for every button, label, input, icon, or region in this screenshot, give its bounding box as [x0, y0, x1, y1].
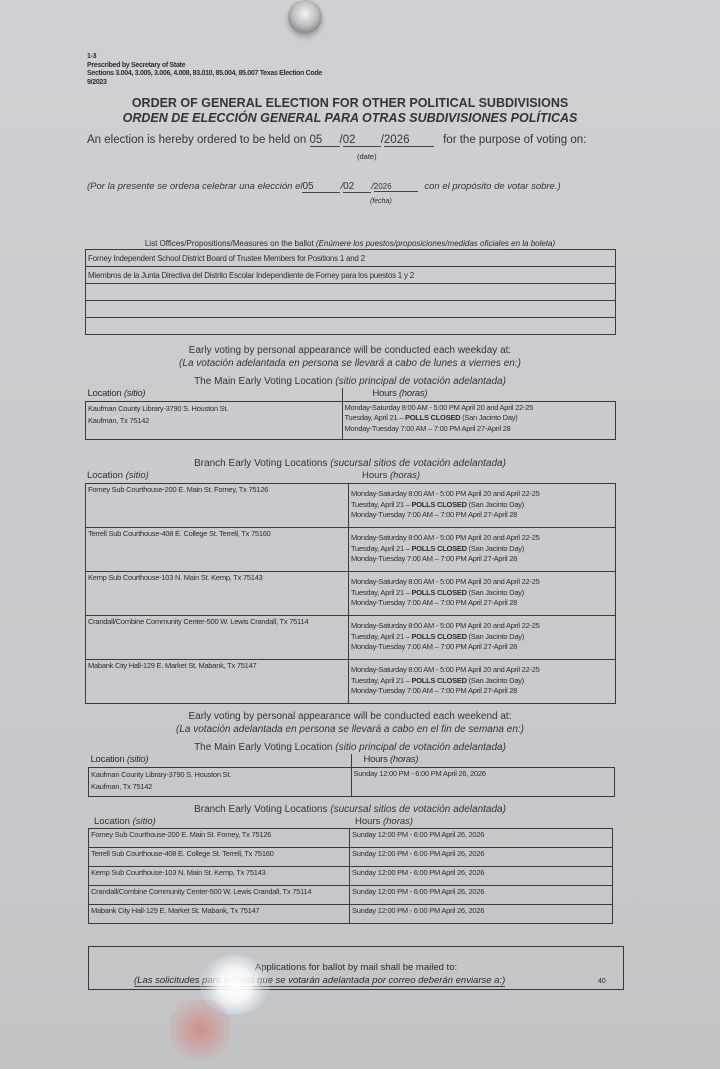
branch-hours: Monday-Saturday 8:00 AM - 5:00 PM April … [349, 660, 616, 704]
hours-line: Tuesday, April 21 – POLLS CLOSED (San Ja… [351, 676, 613, 687]
ballot-caption-es: (Enúmere los puestos/proposiciones/medid… [316, 239, 555, 248]
weekend-main-title-es: (sitio principal de votación adelantada) [335, 742, 506, 753]
ballot-item [86, 284, 616, 301]
weekend-location-header: Location (sitio) [89, 754, 352, 767]
mail-application-es: (Las solicitudes para boletas que se vot… [134, 975, 505, 987]
ballot-caption-en: List Offices/Propositions/Measures on th… [145, 239, 314, 248]
weekday-main-hours: Monday-Saturday 8:00 AM - 5:00 PM April … [342, 401, 616, 439]
hours-line: Monday-Saturday 8:00 AM - 5:00 PM April … [351, 533, 613, 544]
hours-line: Monday-Saturday 8:00 AM - 5:00 PM April … [351, 665, 613, 676]
form-metadata: 1-3 Prescribed by Secretary of State Sec… [87, 53, 322, 87]
hours-line: Monday-Saturday 8:00 AM - 5:00 PM April … [345, 403, 614, 414]
weekday-branch-hours-header: Hours (horas) [362, 470, 420, 481]
weekend-branch-row: Crandall/Combine Community Center-500 W.… [89, 886, 613, 905]
weekday-branch-title-en: Branch Early Voting Locations [194, 458, 327, 469]
weekend-branch-location: Kemp Sub Courthouse-103 N. Main St. Kemp… [89, 867, 350, 886]
hours-line: Monday-Saturday 8:00 AM - 5:00 PM April … [351, 621, 613, 632]
hours-line: Tuesday, April 21 – POLLS CLOSED (San Ja… [345, 413, 614, 424]
ballot-item [86, 318, 616, 335]
weekday-main-table: Location (sitio) Hours (horas) Kaufman C… [85, 388, 616, 440]
title-english: ORDER OF GENERAL ELECTION FOR OTHER POLI… [85, 96, 615, 110]
weekend-branch-location: Terrell Sub Courthouse-408 E. College St… [89, 848, 350, 867]
ballot-item [86, 301, 616, 318]
weekend-main-location: Kaufman County Library-3790 S. Houston S… [89, 767, 352, 796]
weekday-branch-title: Branch Early Voting Locations (sucursal … [85, 458, 615, 469]
branch-row: Kemp Sub Courthouse-103 N. Main St. Kemp… [86, 572, 616, 616]
ballot-item: Forney Independent School District Board… [86, 250, 616, 267]
weekend-branch-hours: Sunday 12:00 PM - 6:00 PM April 26, 2026 [350, 829, 613, 848]
form-prescribed: Prescribed by Secretary of State [87, 62, 322, 71]
hours-line: Monday-Tuesday 7:00 AM – 7:00 PM April 2… [351, 598, 613, 609]
weekday-main-title-en: The Main Early Voting Location [194, 376, 332, 387]
order-es-prefix: (Por la presente se ordena celebrar una … [87, 181, 302, 192]
hours-line: Tuesday, April 21 – POLLS CLOSED (San Ja… [351, 500, 613, 511]
location-header: Location (sitio) [86, 388, 343, 401]
weekend-main-title-en: The Main Early Voting Location [194, 742, 332, 753]
weekend-branch-title: Branch Early Voting Locations (sucursal … [85, 804, 615, 815]
branch-row: Forney Sub Courthouse-200 E. Main St. Fo… [86, 484, 616, 528]
weekday-main-title: The Main Early Voting Location (sitio pr… [85, 376, 615, 387]
weekday-main-title-es: (sitio principal de votación adelantada) [335, 376, 506, 387]
branch-location: Forney Sub Courthouse-200 E. Main St. Fo… [86, 484, 349, 528]
hours-line: Tuesday, April 21 – POLLS CLOSED (San Ja… [351, 632, 613, 643]
hours-line: Tuesday, April 21 – POLLS CLOSED (San Ja… [351, 544, 613, 555]
order-es-month: 05 [302, 181, 340, 193]
weekday-branch-title-es: (sucursal sitios de votación adelantada) [330, 458, 506, 469]
ballot-row [86, 284, 616, 301]
branch-hours: Monday-Saturday 8:00 AM - 5:00 PM April … [349, 484, 616, 528]
weekend-branch-location-header: Location (sitio) [94, 816, 156, 827]
ballot-row [86, 318, 616, 335]
order-line-english: An election is hereby ordered to be held… [87, 134, 586, 147]
weekend-hours-header: Hours (horas) [351, 754, 615, 767]
weekend-branch-title-es: (sucursal sitios de votación adelantada) [330, 804, 506, 815]
ballot-row: Forney Independent School District Board… [86, 250, 616, 267]
weekend-branch-location: Forney Sub Courthouse-200 E. Main St. Fo… [89, 829, 350, 848]
branch-hours: Monday-Saturday 8:00 AM - 5:00 PM April … [349, 528, 616, 572]
weekend-branch-hours: Sunday 12:00 PM - 6:00 PM April 26, 2026 [350, 905, 613, 924]
weekend-branch-hours: Sunday 12:00 PM - 6:00 PM April 26, 2026 [350, 886, 613, 905]
weekend-branch-hours: Sunday 12:00 PM - 6:00 PM April 26, 2026 [350, 848, 613, 867]
weekend-main-table: Location (sitio) Hours (horas) Kaufman C… [88, 754, 615, 797]
hours-line: Monday-Tuesday 7:00 AM – 7:00 PM April 2… [351, 554, 613, 565]
weekday-branch-table: Forney Sub Courthouse-200 E. Main St. Fo… [85, 483, 616, 704]
push-pin [288, 0, 322, 34]
order-suffix: for the purpose of voting on: [443, 134, 586, 146]
ballot-item: Miembros de la Junta Directiva del Distr… [86, 267, 616, 284]
hours-line: Monday-Tuesday 7:00 AM – 7:00 PM April 2… [351, 686, 613, 697]
weekend-branch-hours: Sunday 12:00 PM - 6:00 PM April 26, 2026 [350, 867, 613, 886]
order-es-suffix: con el propósito de votar sobre.) [424, 181, 560, 192]
weekend-branch-title-en: Branch Early Voting Locations [194, 804, 327, 815]
weekend-main-hours: Sunday 12:00 PM - 6:00 PM April 26, 2026 [351, 767, 615, 796]
title-spanish: ORDEN DE ELECCIÓN GENERAL PARA OTRAS SUB… [85, 111, 615, 125]
date-caption: (date) [357, 152, 377, 161]
weekend-main-title: The Main Early Voting Location (sitio pr… [85, 742, 615, 753]
branch-location: Mabank City Hall-129 E. Market St. Maban… [86, 660, 349, 704]
form-revision: 9/2023 [87, 79, 322, 88]
weekday-branch-location-header: Location (sitio) [87, 470, 149, 481]
order-es-day: 02 [343, 181, 371, 193]
weekend-branch-row: Mabank City Hall-129 E. Market St. Maban… [89, 905, 613, 924]
weekday-intro-es: (La votación adelantada en persona se ll… [85, 358, 615, 369]
branch-row: Terrell Sub Courthouse-408 E. College St… [86, 528, 616, 572]
weekend-branch-location: Mabank City Hall-129 E. Market St. Maban… [89, 905, 350, 924]
fecha-caption: (fecha) [370, 198, 392, 205]
ballot-table: Forney Independent School District Board… [85, 249, 616, 335]
mail-application-en: Applications for ballot by mail shall be… [89, 962, 623, 973]
weekend-branch-row: Forney Sub Courthouse-200 E. Main St. Fo… [89, 829, 613, 848]
hours-line: Monday-Tuesday 7:00 AM – 7:00 PM April 2… [351, 510, 613, 521]
hours-line: Monday-Tuesday 7:00 AM – 7:00 PM April 2… [345, 424, 614, 435]
weekend-branch-row: Kemp Sub Courthouse-103 N. Main St. Kemp… [89, 867, 613, 886]
form-id: 1-3 [87, 53, 322, 62]
branch-hours: Monday-Saturday 8:00 AM - 5:00 PM April … [349, 572, 616, 616]
hours-line: Monday-Tuesday 7:00 AM – 7:00 PM April 2… [351, 642, 613, 653]
order-prefix: An election is hereby ordered to be held… [87, 134, 306, 146]
order-es-year: 2026 [374, 182, 418, 192]
weekday-main-location: Kaufman County Library-3790 S. Houston S… [86, 401, 343, 439]
weekday-intro-en: Early voting by personal appearance will… [85, 345, 615, 356]
order-day: 02 [343, 134, 381, 147]
order-line-spanish: (Por la presente se ordena celebrar una … [87, 181, 561, 193]
branch-location: Kemp Sub Courthouse-103 N. Main St. Kemp… [86, 572, 349, 616]
weekend-branch-location: Crandall/Combine Community Center-500 W.… [89, 886, 350, 905]
order-month: 05 [310, 134, 340, 147]
branch-hours: Monday-Saturday 8:00 AM - 5:00 PM April … [349, 616, 616, 660]
page-number: 40 [598, 978, 606, 985]
order-year: 2026 [384, 134, 434, 147]
branch-location: Crandall/Combine Community Center-500 W.… [86, 616, 349, 660]
branch-row: Crandall/Combine Community Center-500 W.… [86, 616, 616, 660]
branch-location: Terrell Sub Courthouse-408 E. College St… [86, 528, 349, 572]
ballot-row [86, 301, 616, 318]
ballot-row: Miembros de la Junta Directiva del Distr… [86, 267, 616, 284]
weekend-branch-row: Terrell Sub Courthouse-408 E. College St… [89, 848, 613, 867]
branch-row: Mabank City Hall-129 E. Market St. Maban… [86, 660, 616, 704]
weekend-branch-hours-header: Hours (horas) [355, 816, 413, 827]
weekend-branch-table: Forney Sub Courthouse-200 E. Main St. Fo… [88, 828, 613, 924]
form-sections: Sections 3.004, 3.005, 3.006, 4.008, 83.… [87, 70, 322, 79]
weekend-intro-en: Early voting by personal appearance will… [85, 711, 615, 722]
hours-line: Tuesday, April 21 – POLLS CLOSED (San Ja… [351, 588, 613, 599]
hours-line: Monday-Saturday 8:00 AM - 5:00 PM April … [351, 489, 613, 500]
reflection [170, 1000, 230, 1060]
hours-header: Hours (horas) [342, 388, 616, 401]
mail-application-box: Applications for ballot by mail shall be… [88, 946, 624, 990]
ballot-caption: List Offices/Propositions/Measures on th… [85, 239, 615, 248]
weekend-intro-es: (La votación adelantada en persona se ll… [85, 724, 615, 735]
hours-line: Monday-Saturday 8:00 AM - 5:00 PM April … [351, 577, 613, 588]
